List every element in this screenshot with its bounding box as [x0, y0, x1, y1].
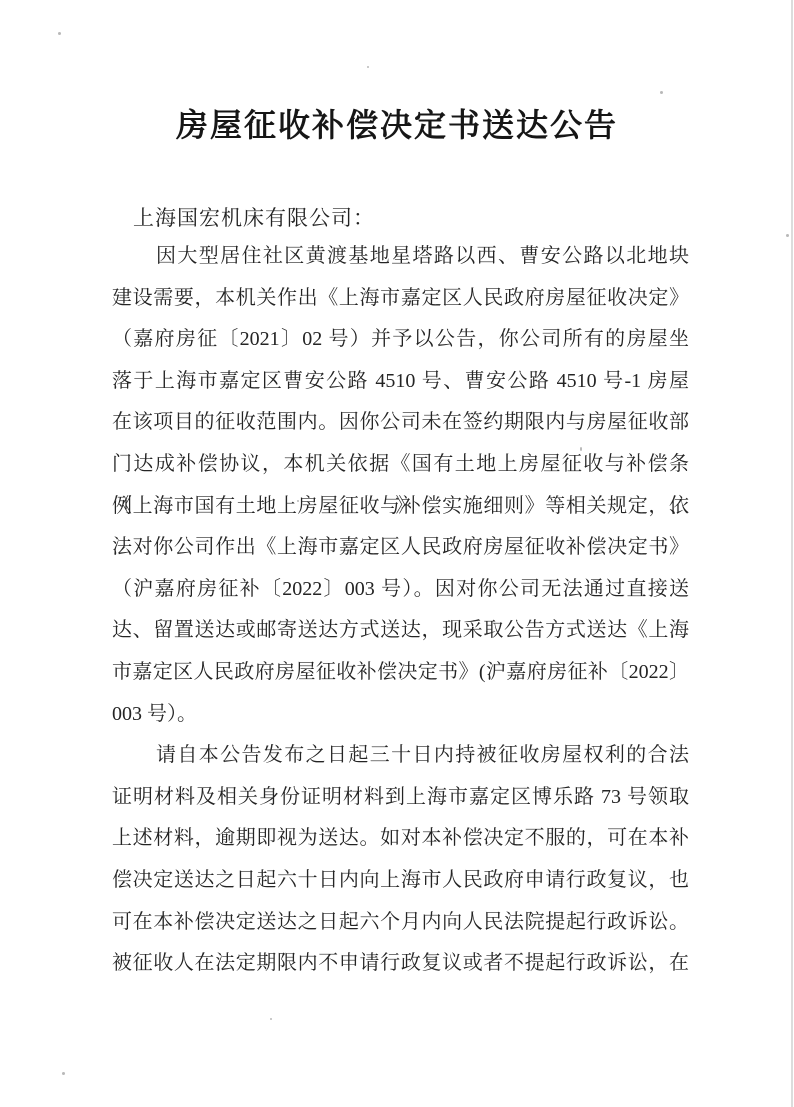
document-line: 建设需要，本机关作出《上海市嘉定区人民政府房屋征收决定》 [112, 278, 689, 320]
document-line: 达、留置送达或邮寄送达方式送达，现采取公告方式送达《上海 [112, 610, 689, 652]
scan-speck [270, 1018, 272, 1020]
scanned-document-page: 房屋征收补偿决定书送达公告 上海国宏机床有限公司： 因大型居住社区黄渡基地星塔路… [0, 0, 794, 1107]
document-line: 003 号）。 [112, 694, 689, 736]
scan-speck [297, 500, 299, 502]
scan-speck [62, 1072, 65, 1075]
document-line: 上述材料，逾期即视为送达。如对本补偿决定不服的，可在本补 [112, 818, 689, 860]
document-line: 在该项目的征收范围内。因你公司未在签约期限内与房屋征收部 [112, 402, 689, 444]
document-line: 请自本公告发布之日起三十日内持被征收房屋权利的合法 [112, 735, 689, 777]
document-line: （嘉府房征〔2021〕02 号）并予以公告，你公司所有的房屋坐 [112, 319, 689, 361]
document-title: 房屋征收补偿决定书送达公告 [0, 100, 794, 146]
document-line: （沪嘉府房征补〔2022〕003 号）。因对你公司无法通过直接送 [112, 569, 689, 611]
document-line: 市嘉定区人民政府房屋征收补偿决定书》(沪嘉府房征补〔2022〕 [112, 652, 689, 694]
scan-speck [58, 32, 61, 35]
document-line: 因大型居住社区黄渡基地星塔路以西、曹安公路以北地块 [112, 236, 689, 278]
document-body: 因大型居住社区黄渡基地星塔路以西、曹安公路以北地块建设需要，本机关作出《上海市嘉… [112, 236, 689, 985]
document-salutation: 上海国宏机床有限公司： [133, 202, 375, 232]
scan-speck [367, 66, 369, 68]
document-line: 《上海市国有土地上房屋征收与补偿实施细则》等相关规定，依 [112, 486, 689, 528]
document-line: 偿决定送达之日起六十日内向上海市人民政府申请行政复议，也 [112, 860, 689, 902]
document-line: 被征收人在法定期限内不申请行政复议或者不提起行政诉讼，在 [112, 943, 689, 985]
document-line: 可在本补偿决定送达之日起六个月内向人民法院提起行政诉讼。 [112, 902, 689, 944]
document-line: 证明材料及相关身份证明材料到上海市嘉定区博乐路 73 号领取 [112, 777, 689, 819]
scan-speck [786, 234, 789, 237]
document-line: 落于上海市嘉定区曹安公路 4510 号、曹安公路 4510 号-1 房屋 [112, 361, 689, 403]
scan-edge-line [791, 0, 793, 1107]
scan-speck [580, 447, 582, 451]
document-line: 门达成补偿协议，本机关依据《国有土地上房屋征收与补偿条例》、 [112, 444, 689, 486]
document-line: 法对你公司作出《上海市嘉定区人民政府房屋征收补偿决定书》 [112, 527, 689, 569]
scan-speck [660, 91, 663, 94]
